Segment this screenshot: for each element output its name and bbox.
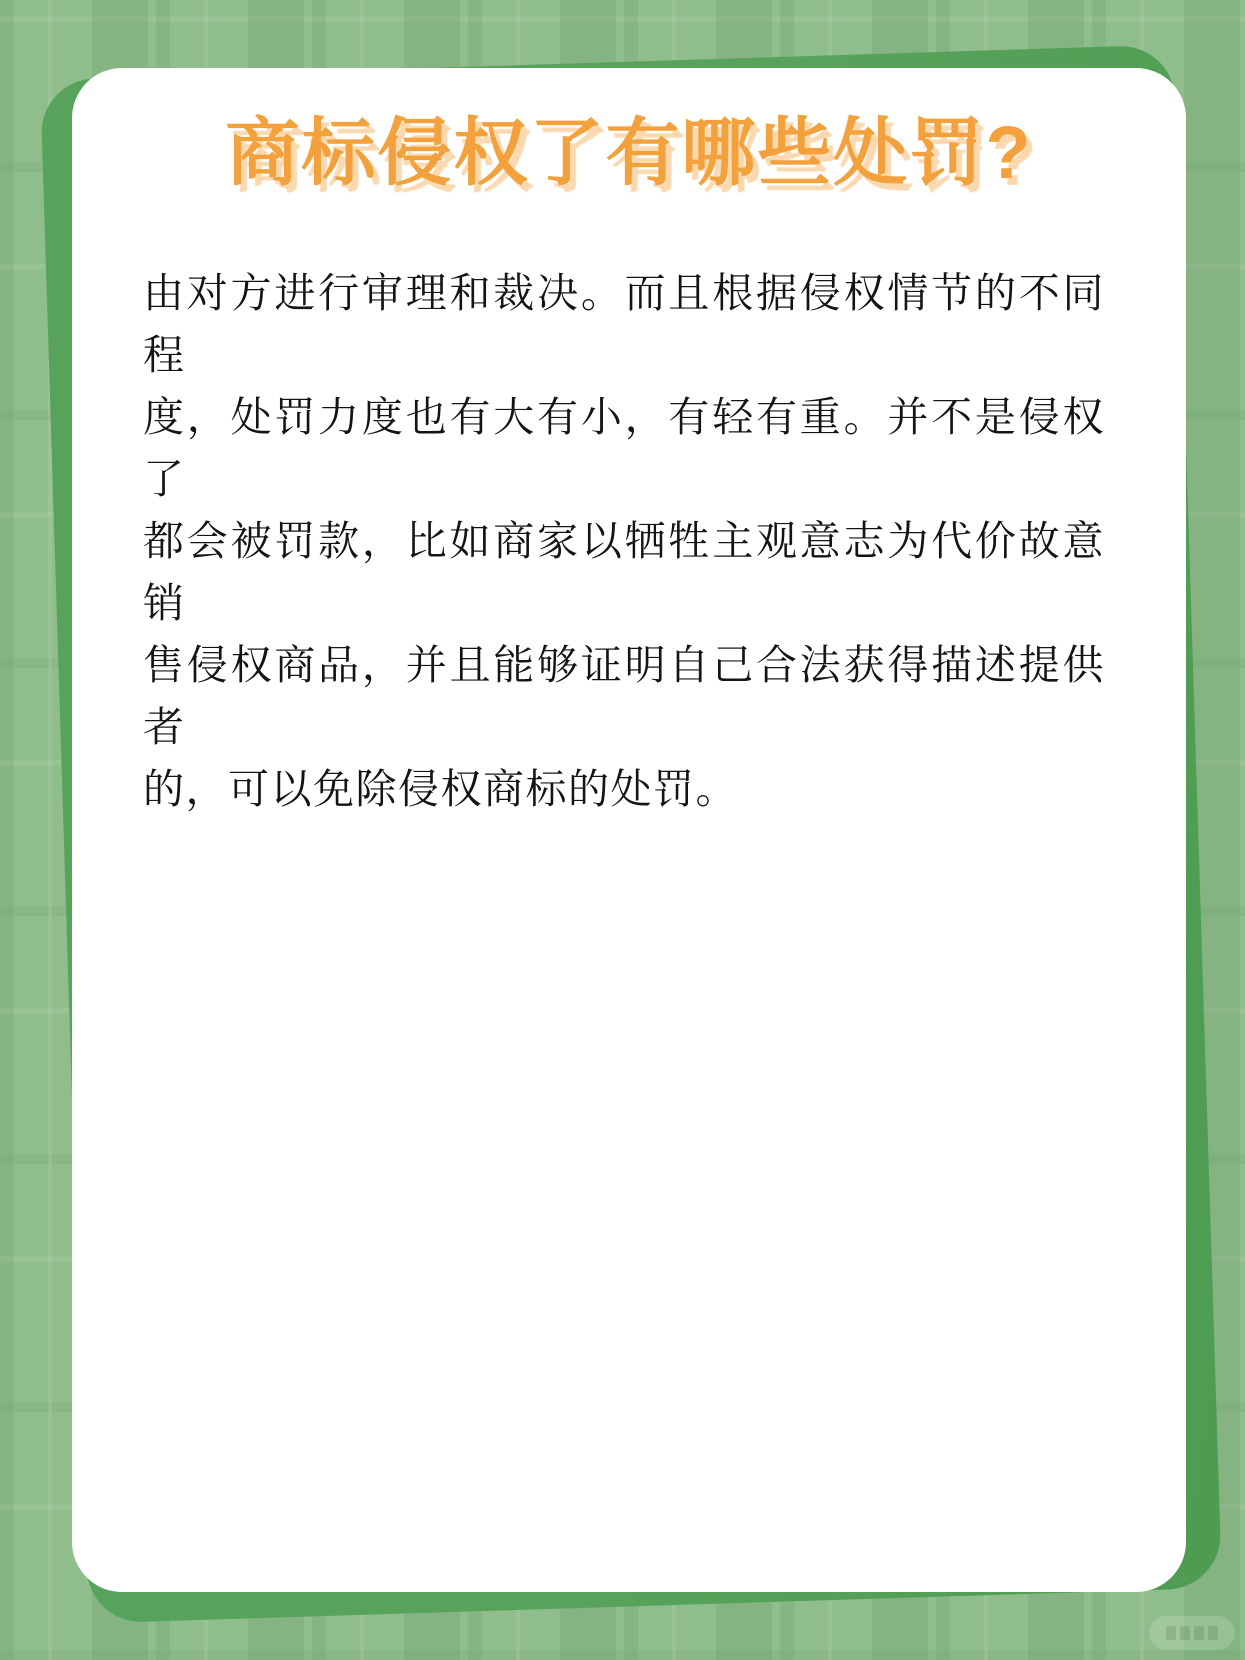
watermark-glyph	[1208, 1626, 1218, 1640]
watermark-glyph	[1180, 1626, 1190, 1640]
body-paragraph: 由对方进行审理和裁决。而且根据侵权情节的不同程 度，处罚力度也有大有小，有轻有重…	[143, 262, 1105, 820]
watermark-glyph	[1166, 1626, 1176, 1640]
body-line: 度，处罚力度也有大有小，有轻有重。并不是侵权了	[143, 386, 1105, 510]
body-line: 由对方进行审理和裁决。而且根据侵权情节的不同程	[143, 262, 1105, 386]
body-line: 都会被罚款，比如商家以牺牲主观意志为代价故意销	[143, 510, 1105, 634]
body-line: 的，可以免除侵权商标的处罚。	[143, 758, 1105, 820]
page-title: 商标侵权了有哪些处罚?	[112, 108, 1146, 198]
watermark-glyph	[1194, 1626, 1204, 1640]
content-card: 商标侵权了有哪些处罚? 由对方进行审理和裁决。而且根据侵权情节的不同程 度，处罚…	[72, 68, 1186, 1592]
watermark-pill	[1149, 1616, 1235, 1650]
body-line: 售侵权商品，并且能够证明自己合法获得描述提供者	[143, 634, 1105, 758]
